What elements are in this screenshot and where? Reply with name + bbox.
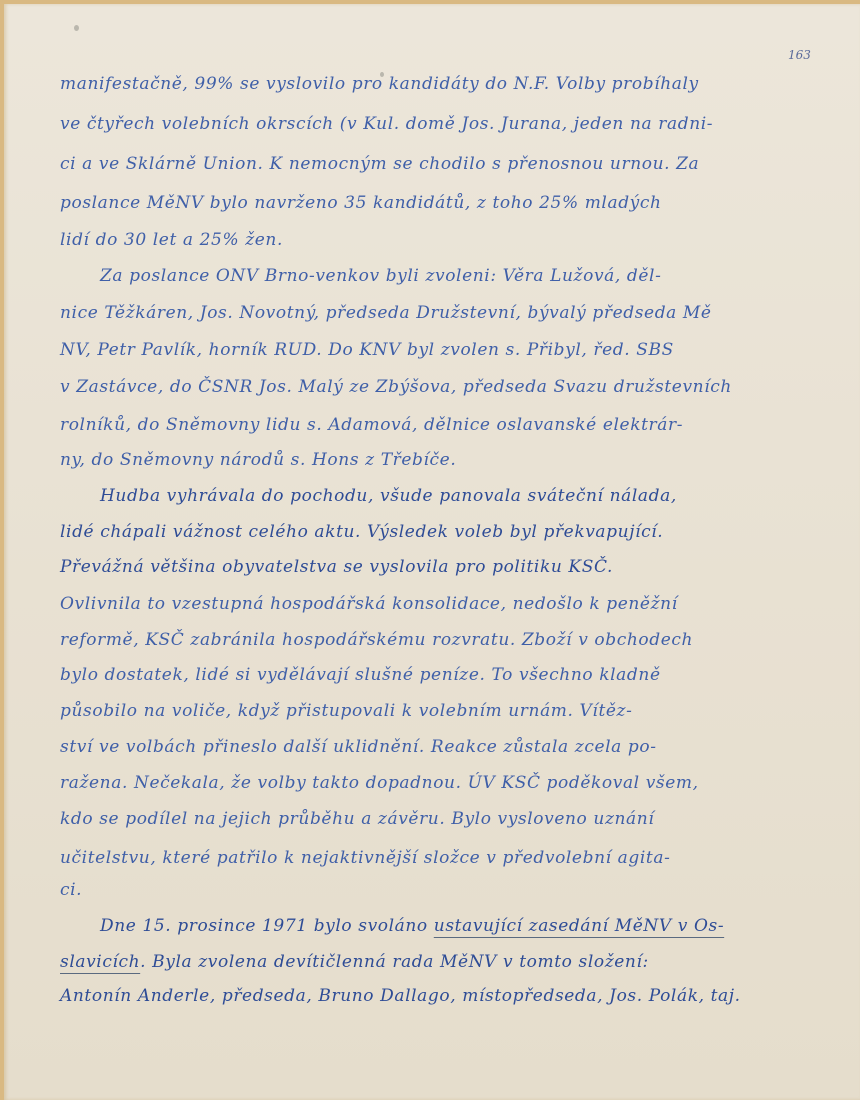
page-number: 163 xyxy=(788,48,811,62)
text-line: bylo dostatek, lidé si vydělávají slušné… xyxy=(60,665,661,685)
text-line: působilo na voliče, když přistupovali k … xyxy=(60,701,632,721)
text-line: Hudba vyhrávala do pochodu, všude panova… xyxy=(100,486,677,506)
text-line: lidé chápali vážnost celého aktu. Výsled… xyxy=(60,522,663,542)
text-line: Antonín Anderle, předseda, Bruno Dallago… xyxy=(60,986,741,1006)
line-text: Dne 15. prosince 1971 bylo svoláno xyxy=(100,916,434,936)
line-text: . Byla zvolena devítičlenná rada MěNV v … xyxy=(140,952,649,972)
text-line: ci. xyxy=(60,880,82,900)
text-line: ve čtyřech volebních okrscích (v Kul. do… xyxy=(60,114,713,134)
text-line: ství ve volbách přineslo další uklidnění… xyxy=(60,737,657,757)
text-line: Ovlivnila to vzestupná hospodářská konso… xyxy=(60,594,678,614)
text-line: v Zastávce, do ČSNR Jos. Malý ze Zbýšova… xyxy=(60,377,732,397)
text-line: ci a ve Sklárně Union. K nemocným se cho… xyxy=(60,154,699,174)
underlined-text: slavicích xyxy=(60,952,140,972)
text-line: slavicích. Byla zvolena devítičlenná rad… xyxy=(60,952,649,972)
text-line: Dne 15. prosince 1971 bylo svoláno ustav… xyxy=(100,916,724,936)
text-line: ražena. Nečekala, že volby takto dopadno… xyxy=(60,773,699,793)
text-line: nice Těžkáren, Jos. Novotný, předseda Dr… xyxy=(60,303,712,323)
text-line: kdo se podílel na jejich průběhu a závěr… xyxy=(60,809,654,829)
manuscript-page: 163 manifestačně, 99% se vyslovilo pro k… xyxy=(4,4,860,1100)
underlined-text: ustavující zasedání MěNV v Os- xyxy=(434,916,724,936)
text-line: učitelstvu, které patřilo k nejaktivnějš… xyxy=(60,848,670,868)
text-line: NV, Petr Pavlík, horník RUD. Do KNV byl … xyxy=(60,340,674,360)
text-line: rolníků, do Sněmovny lidu s. Adamová, dě… xyxy=(60,415,683,435)
text-line: reformě, KSČ zabránila hospodářskému roz… xyxy=(60,630,693,650)
text-line: ny, do Sněmovny národů s. Hons z Třebíče… xyxy=(60,450,456,470)
text-line: lidí do 30 let a 25% žen. xyxy=(60,230,283,250)
text-line: manifestačně, 99% se vyslovilo pro kandi… xyxy=(60,74,770,94)
text-line: Za poslance ONV Brno-venkov byli zvoleni… xyxy=(100,266,661,286)
paper-speck xyxy=(74,25,79,31)
text-line: Převážná většina obyvatelstva se vyslovi… xyxy=(60,557,613,577)
text-line: poslance MěNV bylo navrženo 35 kandidátů… xyxy=(60,193,662,213)
